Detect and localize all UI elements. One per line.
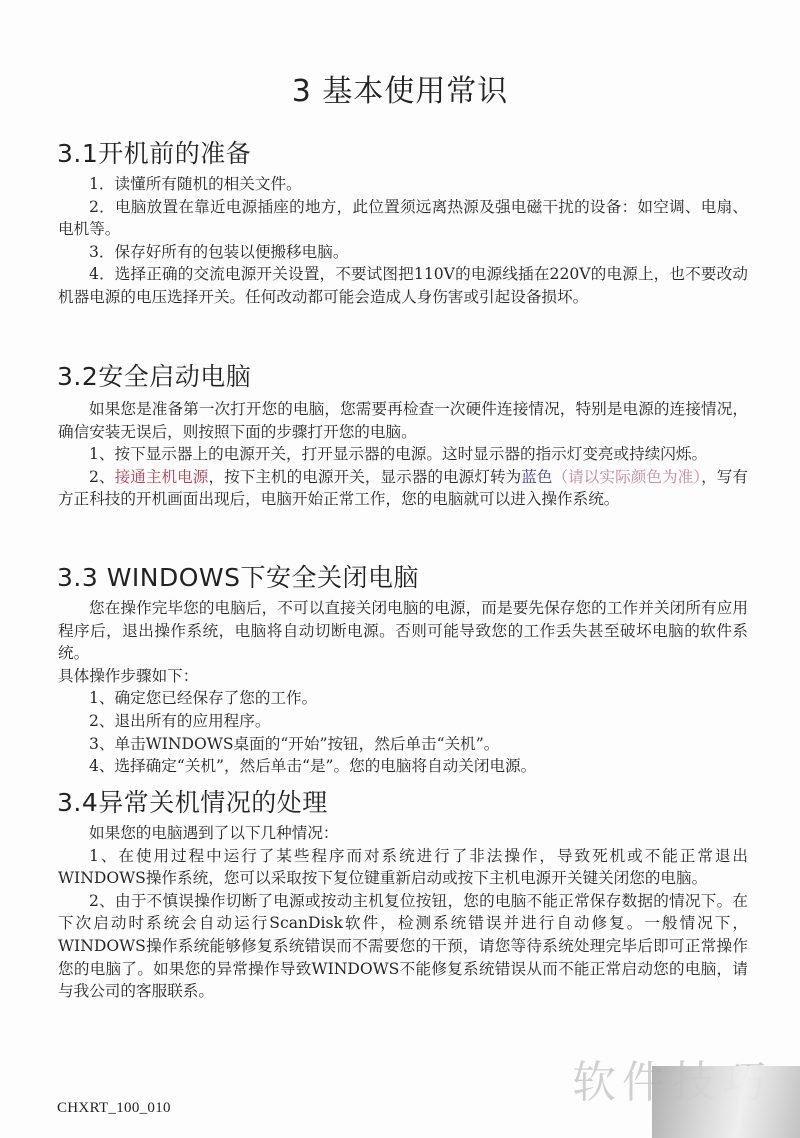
list-item: 3、单击WINDOWS桌面的“开始”按钮，然后单击“关机”。 xyxy=(58,733,748,756)
section-body-3-1: 1．读懂所有随机的相关文件。 2．电脑放置在靠近电源插座的地方，此位置须远离热源… xyxy=(58,173,748,309)
section-body-3-3: 您在操作完毕您的电脑后，不可以直接关闭电脑的电源，而是要先保存您的工作并关闭所有… xyxy=(58,597,748,778)
steps-intro: 具体操作步骤如下： xyxy=(58,665,748,688)
section-body-3-2: 如果您是准备第一次打开您的电脑，您需要再检查一次硬件连接情况，特别是电源的连接情… xyxy=(58,398,748,511)
step-middle: ，按下主机的电源开关，显示器的电源灯转为 xyxy=(208,468,521,486)
section-heading-3-3: 3.3 WINDOWS下安全关闭电脑 xyxy=(57,558,419,594)
paragraph: 1、在使用过程中运行了某些程序而对系统进行了非法操作，导致死机或不能正常退出WI… xyxy=(58,845,748,890)
section-heading-3-2: 3.2安全启动电脑 xyxy=(57,357,251,393)
paragraph: 4．选择正确的交流电源开关设置，不要试图把110V的电源线插在220V的电源上，… xyxy=(58,263,748,308)
paragraph: 2．电脑放置在靠近电源插座的地方，此位置须远离热源及强电磁干扰的设备：如空调、电… xyxy=(58,196,748,241)
paragraph: 1．读懂所有随机的相关文件。 xyxy=(58,173,748,196)
list-item: 2、退出所有的应用程序。 xyxy=(58,710,748,733)
paragraph: 1、按下显示器上的电源开关，打开显示器的电源。这时显示器的指示灯变亮或持续闪烁。 xyxy=(58,443,748,466)
highlight-blue-color: 蓝色 xyxy=(521,468,552,486)
chapter-title: 3 基本使用常识 xyxy=(0,66,800,110)
paragraph: 如果您是准备第一次打开您的电脑，您需要再检查一次硬件连接情况，特别是电源的连接情… xyxy=(58,398,748,443)
watermark-overlay xyxy=(652,1066,800,1138)
document-code: CHXRT_100_010 xyxy=(57,1100,171,1117)
paragraph: 您在操作完毕您的电脑后，不可以直接关闭电脑的电源，而是要先保存您的工作并关闭所有… xyxy=(58,597,748,665)
paragraph: 3．保存好所有的包装以便搬移电脑。 xyxy=(58,241,748,264)
list-item: 1、确定您已经保存了您的工作。 xyxy=(58,687,748,710)
paragraph-step-2: 2、接通主机电源，按下主机的电源开关，显示器的电源灯转为蓝色（请以实际颜色为准）… xyxy=(58,466,748,511)
section-body-3-4: 如果您的电脑遇到了以下几种情况： 1、在使用过程中运行了某些程序而对系统进行了非… xyxy=(58,822,748,1003)
paragraph: 如果您的电脑遇到了以下几种情况： xyxy=(58,822,748,845)
document-page: 3 基本使用常识 3.1开机前的准备 1．读懂所有随机的相关文件。 2．电脑放置… xyxy=(0,0,800,1138)
section-heading-3-4: 3.4异常关机情况的处理 xyxy=(57,783,328,819)
paragraph: 2、由于不慎误操作切断了电源或按动主机复位按钮，您的电脑不能正常保存数据的情况下… xyxy=(58,890,748,1003)
list-item: 4、选择确定“关机”，然后单击“是”。您的电脑将自动关闭电源。 xyxy=(58,755,748,778)
section-heading-3-1: 3.1开机前的准备 xyxy=(57,134,251,170)
step-prefix: 2、 xyxy=(89,468,115,486)
highlight-color-note: （请以实际颜色为准） xyxy=(553,468,702,486)
highlight-connect-power: 接通主机电源 xyxy=(115,468,209,486)
